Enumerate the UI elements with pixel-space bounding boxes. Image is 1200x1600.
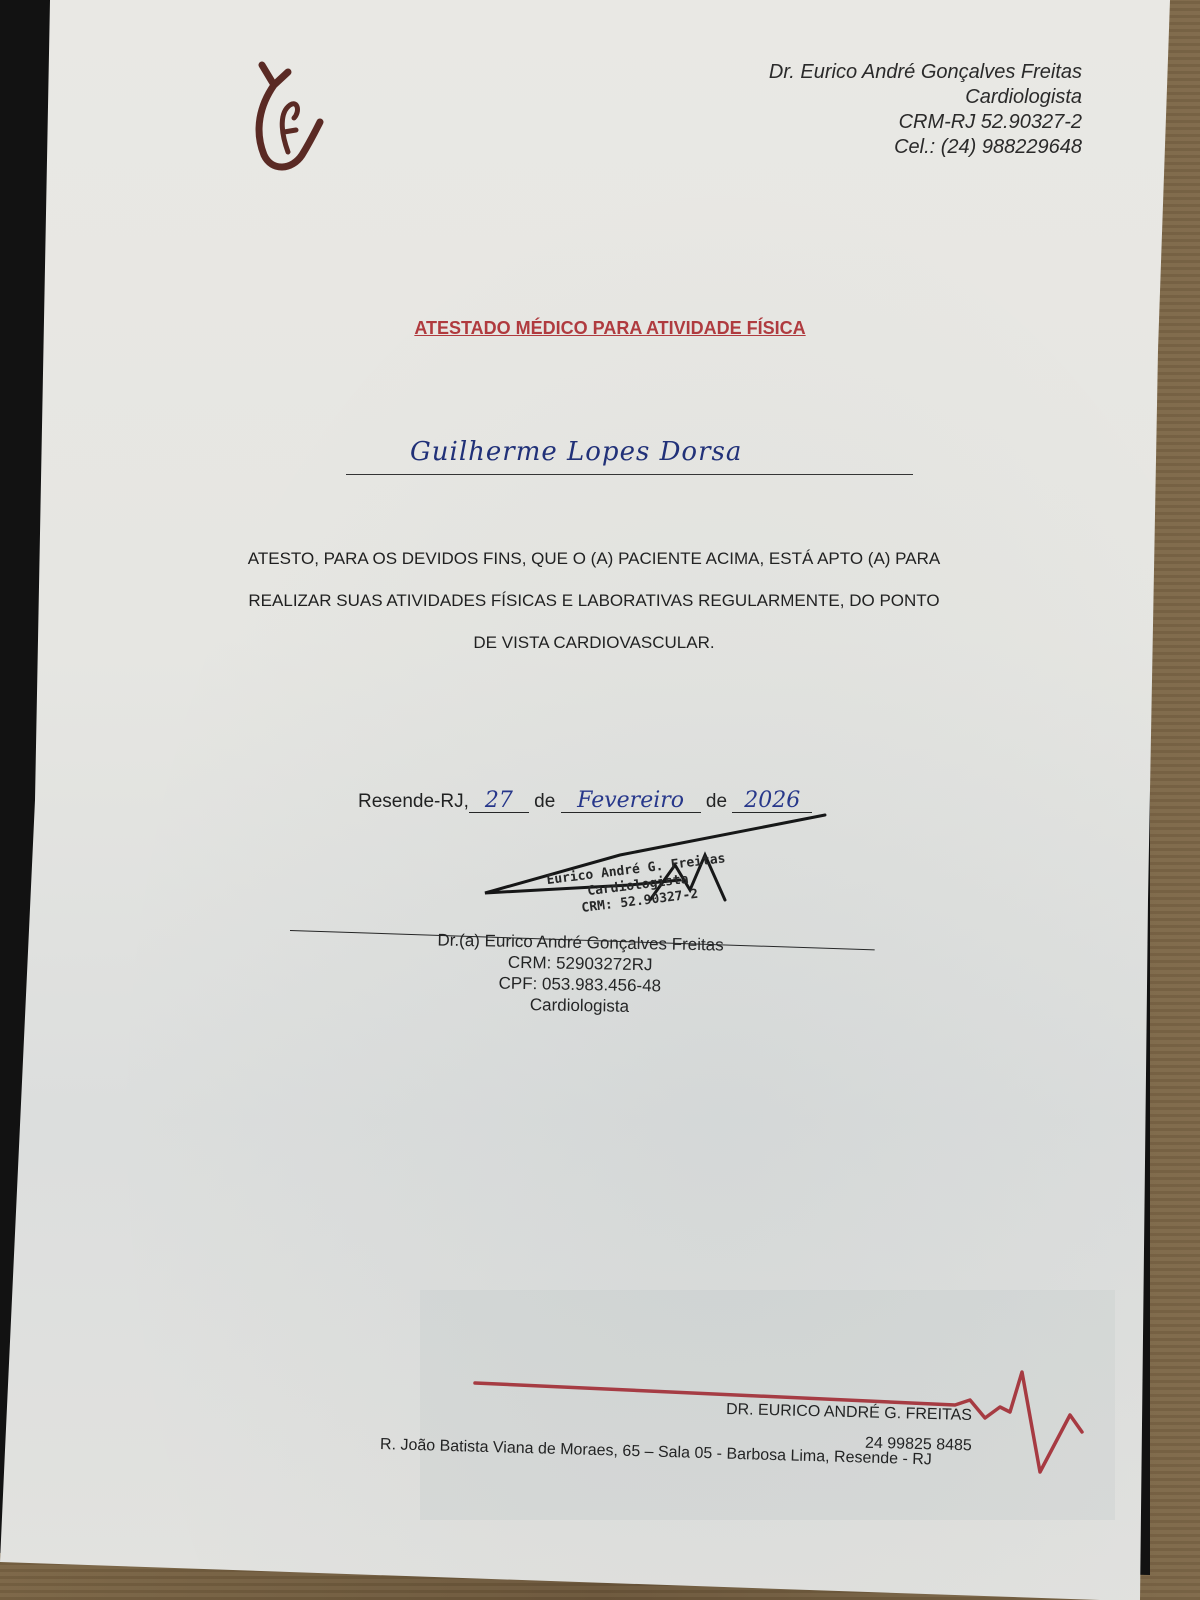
doctor-stamp: Eurico André G. Freitas Cardiologista CR… (546, 851, 731, 921)
heart-vessel-monogram-icon (250, 60, 330, 175)
date-year: 2026 (732, 790, 812, 813)
statement-line: REALIZAR SUAS ATIVIDADES FÍSICAS E LABOR… (240, 580, 948, 622)
signatory-specialty: Cardiologista (369, 991, 789, 1019)
certification-statement: ATESTO, PARA OS DEVIDOS FINS, QUE O (A) … (240, 538, 948, 664)
statement-line: DE VISTA CARDIOVASCULAR. (240, 622, 948, 664)
stamp-specialty: Cardiologista (548, 867, 729, 905)
footer-phone: 24 99825 8485 (865, 1435, 972, 1456)
ecg-wave-icon (470, 1360, 1130, 1480)
stamp-name: Eurico André G. Freitas (546, 851, 727, 889)
signatory-crm: CRM: 52903272RJ (370, 949, 790, 977)
signatory-block: Dr.(a) Eurico André Gonçalves Freitas CR… (369, 928, 790, 1019)
medical-certificate-sheet: Dr. Eurico André Gonçalves Freitas Cardi… (0, 0, 1200, 1600)
signature-line (290, 930, 875, 950)
patient-name-handwritten: Guilherme Lopes Dorsa (410, 437, 742, 467)
date-city: Resende-RJ, (358, 791, 469, 812)
letterhead-crm: CRM-RJ 52.90327-2 (769, 110, 1082, 135)
date-connector: de (534, 791, 555, 812)
date-line: Resende-RJ,27 de Fevereiro de 2026 (358, 790, 812, 813)
letterhead-doctor-name: Dr. Eurico André Gonçalves Freitas (769, 60, 1082, 85)
signature-scribble-icon (480, 805, 840, 935)
footer-doctor-name: DR. EURICO ANDRÉ G. FREITAS (726, 1401, 972, 1425)
date-connector: de (706, 791, 727, 812)
patient-name-line (346, 474, 913, 475)
letterhead-specialty: Cardiologista (769, 85, 1082, 110)
letterhead-doctor-info: Dr. Eurico André Gonçalves Freitas Cardi… (769, 60, 1082, 160)
signatory-name: Dr.(a) Eurico André Gonçalves Freitas (370, 928, 790, 956)
footer-band (420, 1290, 1115, 1520)
document-title: ATESTADO MÉDICO PARA ATIVIDADE FÍSICA (0, 318, 1200, 339)
stamp-crm: CRM: 52.90327-2 (550, 883, 731, 921)
signatory-cpf: CPF: 053.983.456-48 (370, 970, 790, 998)
statement-line: ATESTO, PARA OS DEVIDOS FINS, QUE O (A) … (240, 538, 948, 580)
date-day: 27 (469, 790, 529, 813)
date-month: Fevereiro (561, 790, 701, 813)
letterhead-phone: Cel.: (24) 988229648 (769, 135, 1082, 160)
footer-address: R. João Batista Viana de Moraes, 65 – Sa… (380, 1436, 932, 1469)
